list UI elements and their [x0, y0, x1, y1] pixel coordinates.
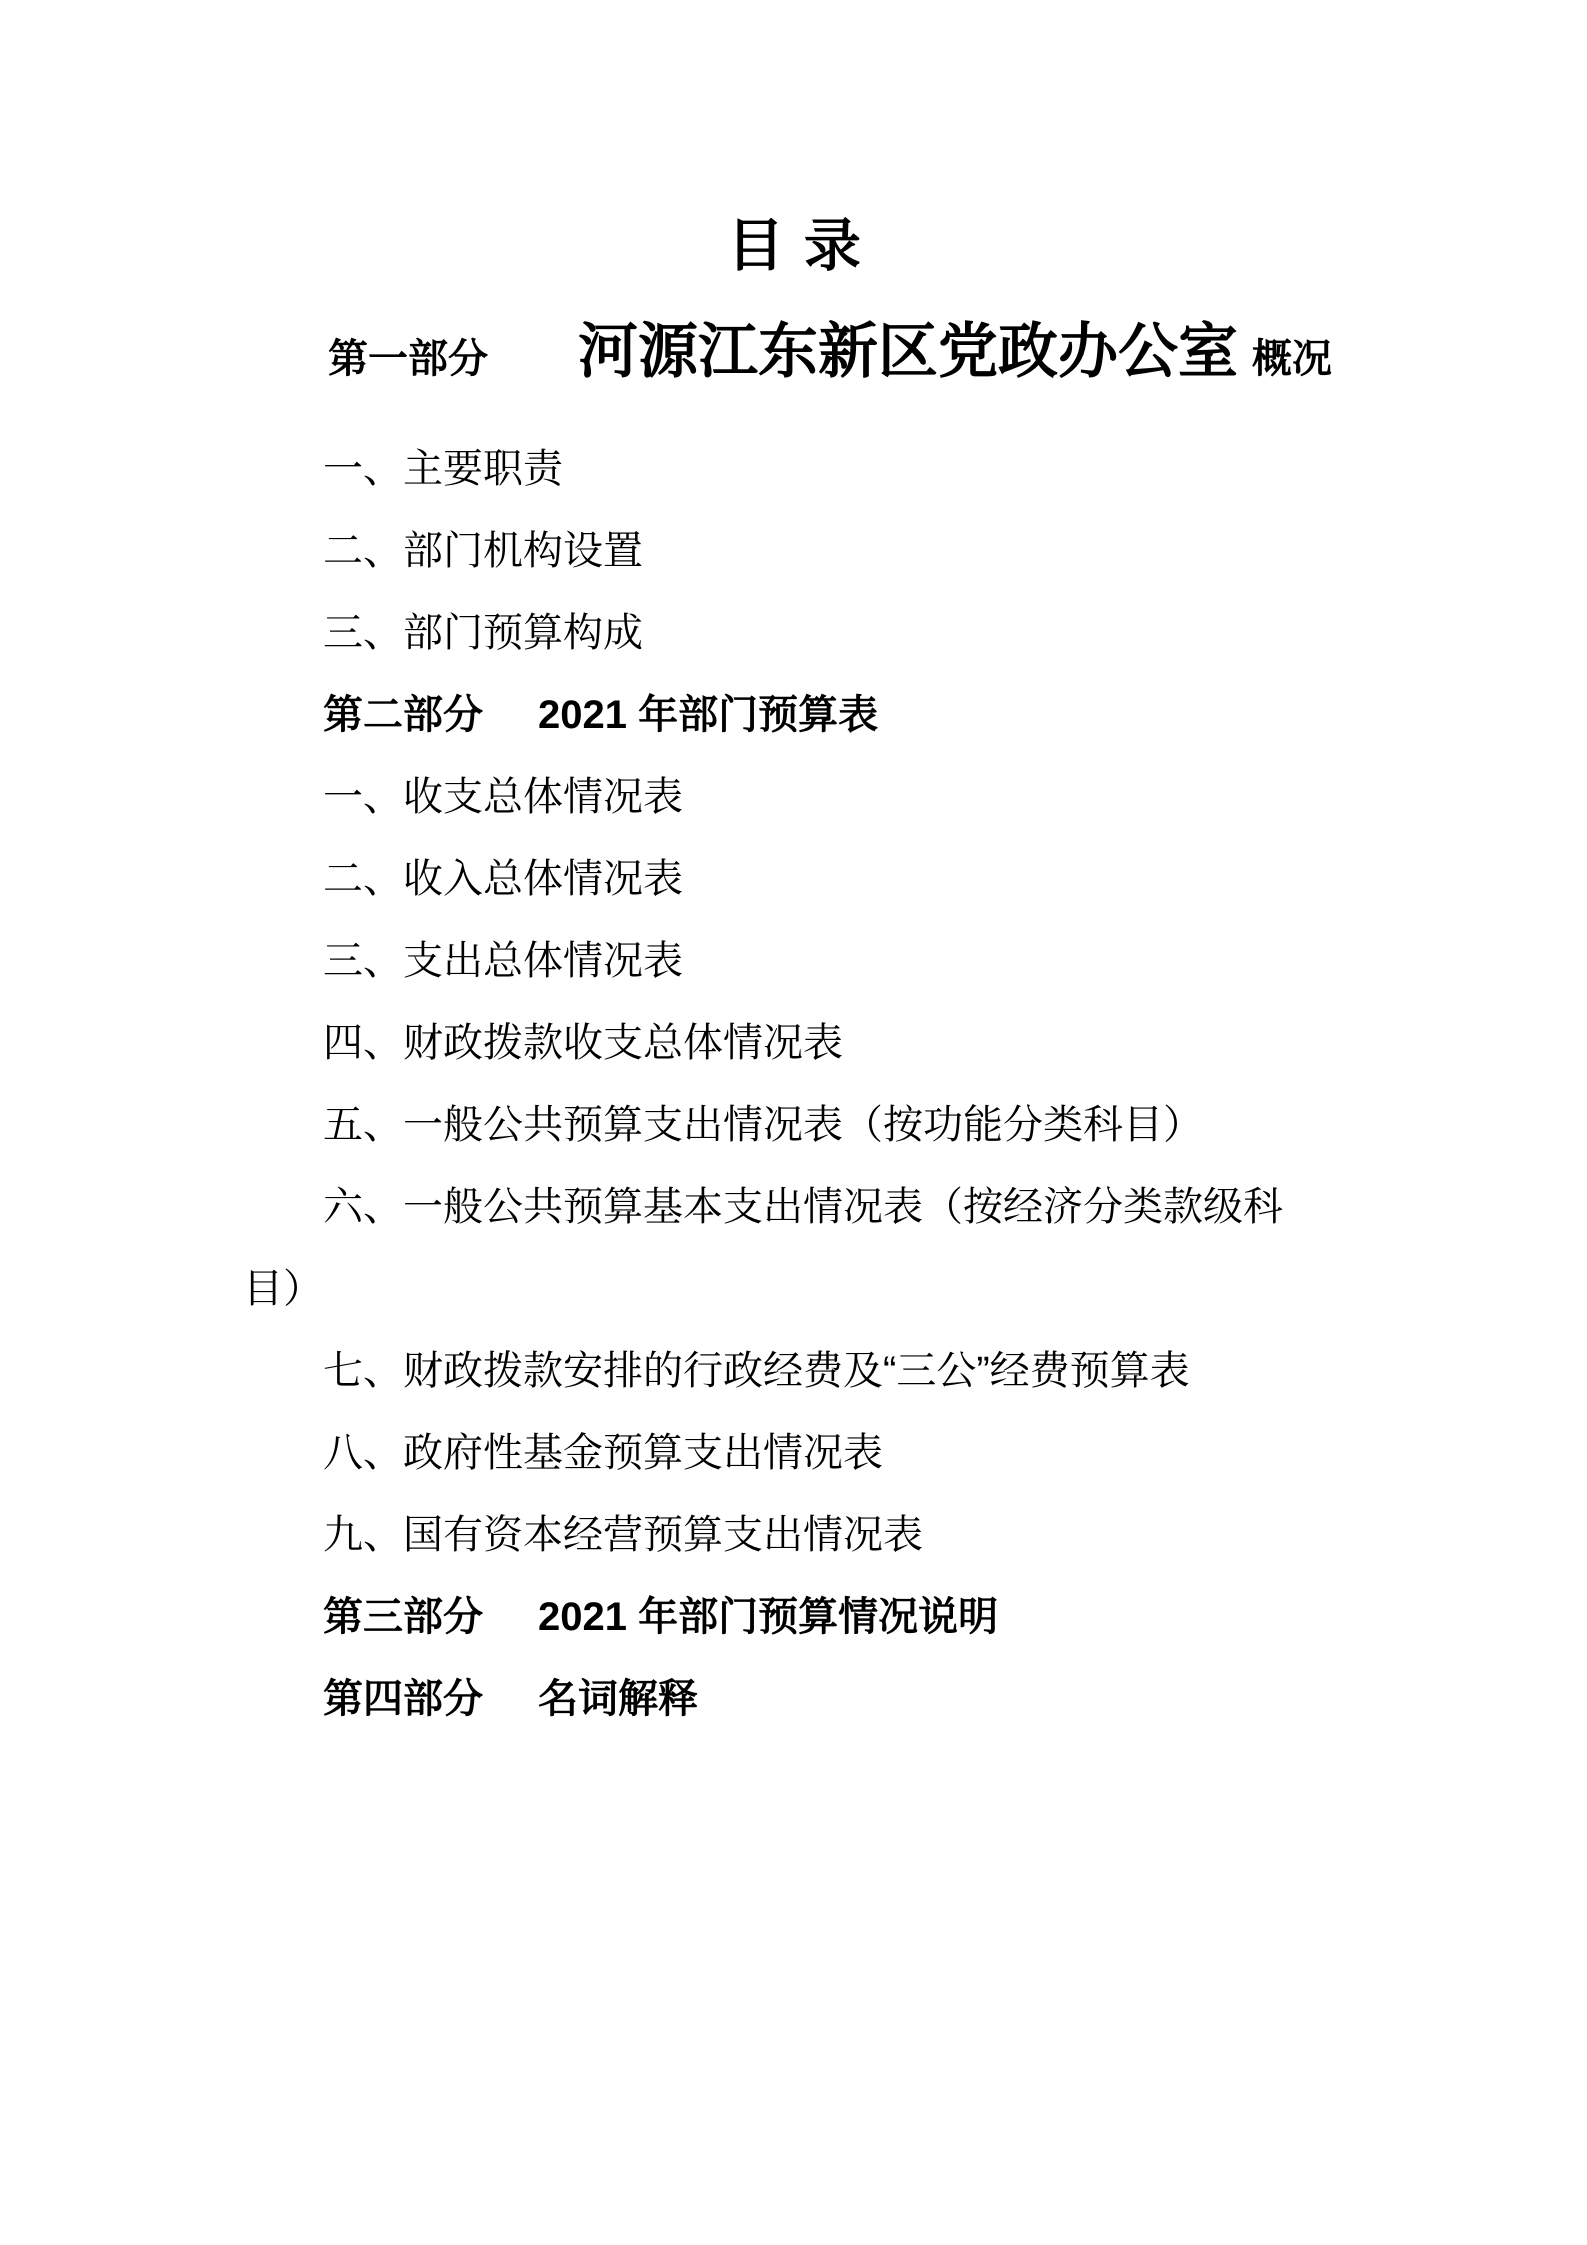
- toc-entry-text: 七、财政拨款安排的行政经费及“三公”经费预算表: [323, 1349, 1190, 1393]
- part1-suffix: 概况: [1252, 337, 1332, 381]
- toc-entry-text: 九、国有资本经营预算支出情况表: [323, 1513, 923, 1557]
- toc-entry: 四、财政拨款收支总体情况表: [243, 1002, 1347, 1084]
- toc-entry-text: 三、支出总体情况表: [323, 939, 683, 983]
- part2-heading: 第二部分2021 年部门预算表: [243, 674, 1347, 756]
- part1-department-name: 河源江东新区党政办公室: [578, 318, 1238, 385]
- part2-title: 2021 年部门预算表: [538, 693, 878, 737]
- toc-entry: 二、收入总体情况表: [243, 838, 1347, 920]
- toc-entry-text: 五、一般公共预算支出情况表（按功能分类科目）: [323, 1103, 1203, 1147]
- toc-entry-text: 四、财政拨款收支总体情况表: [323, 1021, 843, 1065]
- part4-heading: 第四部分名词解释: [243, 1658, 1347, 1740]
- toc-entry: 三、支出总体情况表: [243, 920, 1347, 1002]
- toc-entry: 七、财政拨款安排的行政经费及“三公”经费预算表: [243, 1330, 1347, 1412]
- toc-entry: 一、收支总体情况表: [243, 756, 1347, 838]
- document-page: 目 录 第一部分河源江东新区党政办公室概况 一、主要职责 二、部门机构设置 三、…: [0, 0, 1587, 2245]
- toc-entry-text-line1: 六、一般公共预算基本支出情况表（按经济分类款级科: [323, 1185, 1283, 1229]
- toc-entry-text: 二、部门机构设置: [323, 529, 643, 573]
- toc-entry-wrapped: 六、一般公共预算基本支出情况表（按经济分类款级科 目）: [243, 1166, 1347, 1330]
- part1-label: 第一部分: [328, 337, 488, 381]
- toc-entry-text: 八、政府性基金预算支出情况表: [323, 1431, 883, 1475]
- part3-heading: 第三部分2021 年部门预算情况说明: [243, 1576, 1347, 1658]
- toc-entry-text-line2: 目）: [243, 1267, 323, 1311]
- toc-entry: 三、部门预算构成: [243, 592, 1347, 674]
- part3-title: 2021 年部门预算情况说明: [538, 1595, 998, 1639]
- part4-label: 第四部分: [323, 1677, 483, 1721]
- toc-entry-text: 二、收入总体情况表: [323, 857, 683, 901]
- toc-entry: 五、一般公共预算支出情况表（按功能分类科目）: [243, 1084, 1347, 1166]
- part3-label: 第三部分: [323, 1595, 483, 1639]
- toc-entry: 九、国有资本经营预算支出情况表: [243, 1494, 1347, 1576]
- part4-title: 名词解释: [538, 1677, 698, 1721]
- toc-entry-text: 一、收支总体情况表: [323, 775, 683, 819]
- toc-entry: 八、政府性基金预算支出情况表: [243, 1412, 1347, 1494]
- toc-entry-text: 一、主要职责: [323, 447, 563, 491]
- part2-label: 第二部分: [323, 693, 483, 737]
- toc-entry-text: 三、部门预算构成: [323, 611, 643, 655]
- toc-entry: 一、主要职责: [243, 428, 1347, 510]
- toc-entry: 二、部门机构设置: [243, 510, 1347, 592]
- page-title: 目 录: [243, 200, 1347, 292]
- toc-content: 目 录 第一部分河源江东新区党政办公室概况 一、主要职责 二、部门机构设置 三、…: [0, 0, 1587, 1740]
- part1-heading: 第一部分河源江东新区党政办公室概况: [243, 292, 1347, 428]
